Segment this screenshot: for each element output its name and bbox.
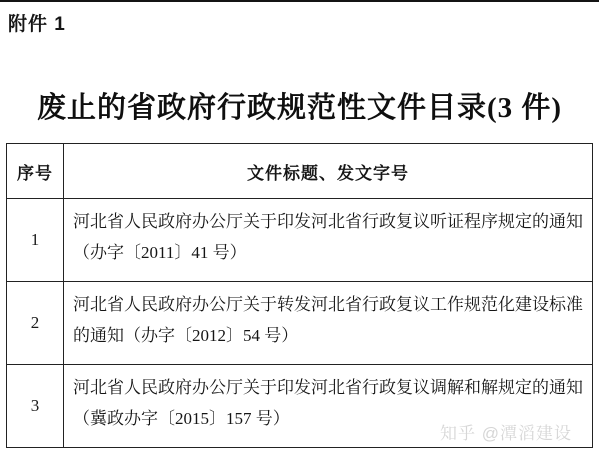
zhihu-watermark: 知乎 @潭滔建设 (440, 419, 572, 444)
document-title-cell: 河北省人民政府办公厅关于印发河北省行政复议听证程序规定的通知（办字〔2011〕4… (64, 199, 593, 282)
top-divider-rule (0, 0, 599, 2)
document-page: 附件 1 废止的省政府行政规范性文件目录(3 件) 序号 文件标题、发文字号 1… (0, 0, 599, 454)
table-header-row: 序号 文件标题、发文字号 (7, 144, 593, 199)
header-cell-document-title: 文件标题、发文字号 (64, 144, 593, 199)
document-title-cell: 河北省人民政府办公厅关于转发河北省行政复议工作规范化建设标准的通知（办字〔201… (64, 282, 593, 365)
document-catalog-table: 序号 文件标题、发文字号 1 河北省人民政府办公厅关于印发河北省行政复议听证程序… (6, 143, 593, 448)
serial-number-cell: 3 (7, 365, 64, 448)
serial-number-cell: 1 (7, 199, 64, 282)
header-cell-serial-number: 序号 (7, 144, 64, 199)
table-row: 2 河北省人民政府办公厅关于转发河北省行政复议工作规范化建设标准的通知（办字〔2… (7, 282, 593, 365)
table-row: 1 河北省人民政府办公厅关于印发河北省行政复议听证程序规定的通知（办字〔2011… (7, 199, 593, 282)
serial-number-cell: 2 (7, 282, 64, 365)
page-title: 废止的省政府行政规范性文件目录(3 件) (0, 85, 599, 126)
attachment-label: 附件 1 (8, 9, 66, 36)
